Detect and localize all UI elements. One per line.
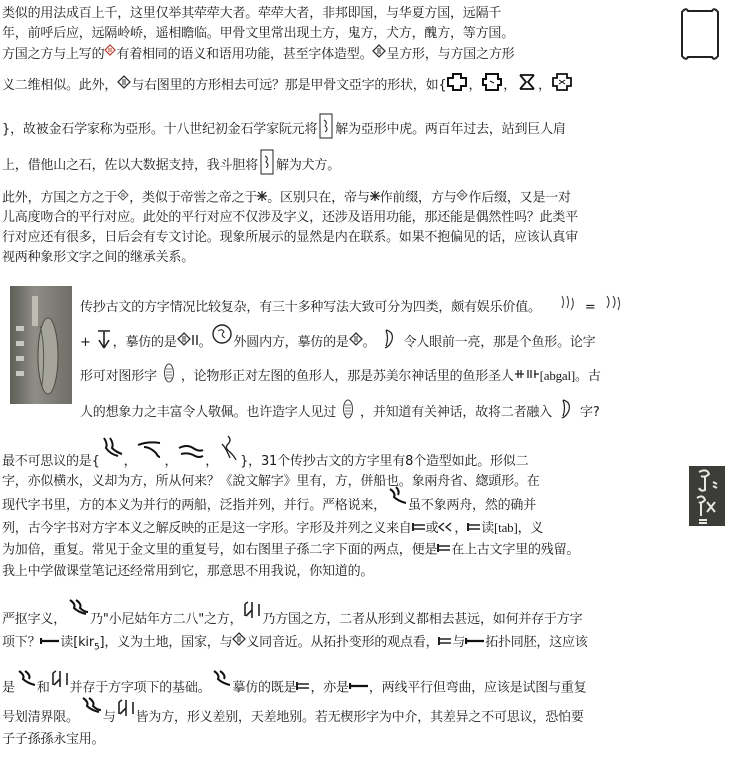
kir-cuneiform-icon: [40, 633, 60, 653]
cuneiform-diamond-glyph-icon: [372, 44, 386, 65]
p3-line-2: + ，摹仿的是。外圆内方，摹仿的是。令人眼前一亮，那是个鱼形。论字: [80, 328, 596, 357]
fish-man-seal-image: [10, 286, 72, 404]
fish-fang-glyph-icon: [383, 328, 395, 357]
cuneiform-diamond-glyph-icon: [456, 188, 468, 208]
tab-cuneiform-icon: [412, 519, 426, 539]
p2-line-2: 儿高度吻合的平行对应。此处的平行对应不仅涉及字义，还涉及语用功能，那还能是偶然性…: [2, 208, 578, 228]
kir-cuneiform-icon: [349, 678, 369, 698]
ancient-fang-cross-icon: [95, 328, 113, 357]
water-fang-glyph-icon: [100, 436, 124, 469]
fang-country-glyph-icon: [242, 600, 262, 627]
water-fang-glyph-icon: [15, 669, 37, 696]
tab-cuneiform-icon: [467, 519, 481, 539]
cuneiform-wedges-icon: [191, 333, 199, 353]
fish-pictograph-icon: [342, 398, 354, 427]
p4-line-1: 最不可思议的是{，，，}，31个传抄古文的方字里有8个造型如此。形似二: [2, 452, 528, 472]
water-fang-glyph-icon: [210, 669, 232, 696]
p5-line-2: 项下？读[kir5]，义为土地，国家，与义同音近。从拓扑变形的观点看，与拓扑同胚…: [2, 632, 588, 658]
p1-line-1: 类似的用法成百上千，这里仅举其荦荦大者。荦荦大者，非邦即国，与华夏方国，远隔千: [2, 4, 501, 24]
cuneiform-diamond-glyph-icon: [349, 332, 363, 353]
water-fang-glyph-icon: [136, 439, 164, 468]
p1-line-4: 义二维相似。此外，与右图里的方形相去可远？那是甲骨文亞字的形状，如{，，，: [2, 72, 573, 99]
ya-cross-glyph-icon: [516, 72, 538, 99]
ya-cross-glyph-icon: [551, 72, 573, 99]
water-fang-glyph-icon: [79, 696, 103, 725]
ya-cross-glyph-icon: [446, 72, 468, 99]
tab-cuneiform-icon: [296, 678, 310, 698]
p2-line-3: 行对应还有很多，日后会有专文讨论。现象所展示的显然是内在联系。如果不抱偏见的话，…: [2, 228, 578, 248]
star-dingir-glyph-icon: [257, 188, 267, 208]
kir-cuneiform-icon: [465, 633, 485, 653]
p3-line-1: 传抄古文的方字情况比较复杂，有三十多种写法大致可分为四类，颇有娱乐价值。=: [80, 294, 622, 321]
fish-pictograph-icon: [163, 362, 175, 391]
p2-line-4: 视两种象形文字之间的继承关系。: [2, 248, 194, 268]
water-fang-glyph-icon: [386, 485, 408, 514]
p1-line-3: 方国之方与上写的有着相同的语义和语用功能，甚至字体造型。呈方形，与方国之方形: [2, 44, 514, 65]
circle-fang-glyph-icon: [211, 323, 233, 352]
p4-line-2: 字，亦似横水，义却为方，所从何来？《說文解字》里有，方，併船也。象兩舟省、緫頭形…: [2, 472, 540, 492]
p3-line-4: 人的想象力之丰富令人敬佩。也许造字人见过，并知道有关神话，故将二者融入字?: [80, 398, 600, 427]
abgal-cuneiform-icon: [514, 367, 540, 387]
dog-in-square-glyph-icon: [258, 148, 276, 183]
p4-line-6: 我上中学做课堂笔记还经常用到它，那意思不用我说，你知道的。: [2, 562, 373, 582]
p1-line-5: }，故被金石学家称为亞形。十八世纪初金石学家阮元将解为亞形中虎。两百年过去，站到…: [2, 112, 566, 147]
p4-line-5: 为加倍，重复。常见于金文里的重复号，如右图里子孫二字下面的两点，便是在上古文字里…: [2, 540, 579, 561]
oracle-square-frame-image: [676, 4, 722, 64]
water-fang-glyph-icon: [177, 440, 205, 469]
tab-cuneiform-icon: [438, 633, 452, 653]
zisun-inscription-image: [689, 466, 725, 526]
ancient-fang-variant-icon: [559, 294, 577, 321]
p2-line-1: 此外，方国之方之于，类似于帝喾之帝之于。区别只在，帝与作前缀，方与作后缀，又是一…: [2, 188, 571, 209]
red-cuneiform-glyph-icon: [104, 44, 116, 65]
tiger-in-ya-glyph-icon: [317, 112, 335, 147]
water-fang-glyph-icon: [218, 434, 240, 469]
p1-line-2: 年，前呼后应，远隔岭峤，遥相瞻临。甲骨文里常出现土方，鬼方，犬方，醜方，等方国。: [2, 24, 514, 44]
water-fang-glyph-icon: [66, 598, 90, 627]
p1-line-6: 上，借他山之石，佐以大数据支持，我斗胆将解为犬方。: [2, 148, 340, 183]
cuneiform-diamond-glyph-icon: [177, 332, 191, 353]
double-wedge-icon: [438, 519, 454, 539]
p5-line-5: 子子孫孫永宝用。: [2, 730, 104, 750]
p4-line-3: 现代字书里，方的本义为并行的两船，泛指并列，并行。严格说来，虽不象两舟，然的确并: [2, 496, 536, 516]
p3-line-3: 形可对图形字，论物形正对左图的鱼形人，那是苏美尔神话里的鱼形圣人[abgal]。…: [80, 362, 601, 391]
p5-line-1: 严抠字义，乃"小尼姑年方二八"之方，乃方国之方，二者从形到义都相去甚远，如何并存…: [2, 610, 582, 630]
cuneiform-diamond-glyph-icon: [232, 632, 246, 653]
p4-line-4: 列，古今字书对方字本义之解反映的正是这一字形。字形及并列之义来自或，读[tab]…: [2, 518, 543, 539]
cuneiform-diamond-glyph-icon: [117, 75, 131, 96]
tab-cuneiform-icon: [437, 540, 451, 560]
fang-country-glyph-icon: [50, 669, 70, 696]
ya-cross-glyph-icon: [481, 72, 503, 99]
ancient-fang-variant-icon: [604, 294, 622, 321]
p5-line-4: 号划清界限。与皆为方，形义差别，天差地别。若无楔形字为中介，其差异之不可思议，恐…: [2, 708, 584, 728]
fang-country-glyph-icon: [116, 698, 136, 725]
cuneiform-diamond-glyph-icon: [117, 188, 129, 208]
star-dingir-glyph-icon: [370, 188, 380, 208]
fish-fang-glyph-icon: [560, 398, 572, 427]
